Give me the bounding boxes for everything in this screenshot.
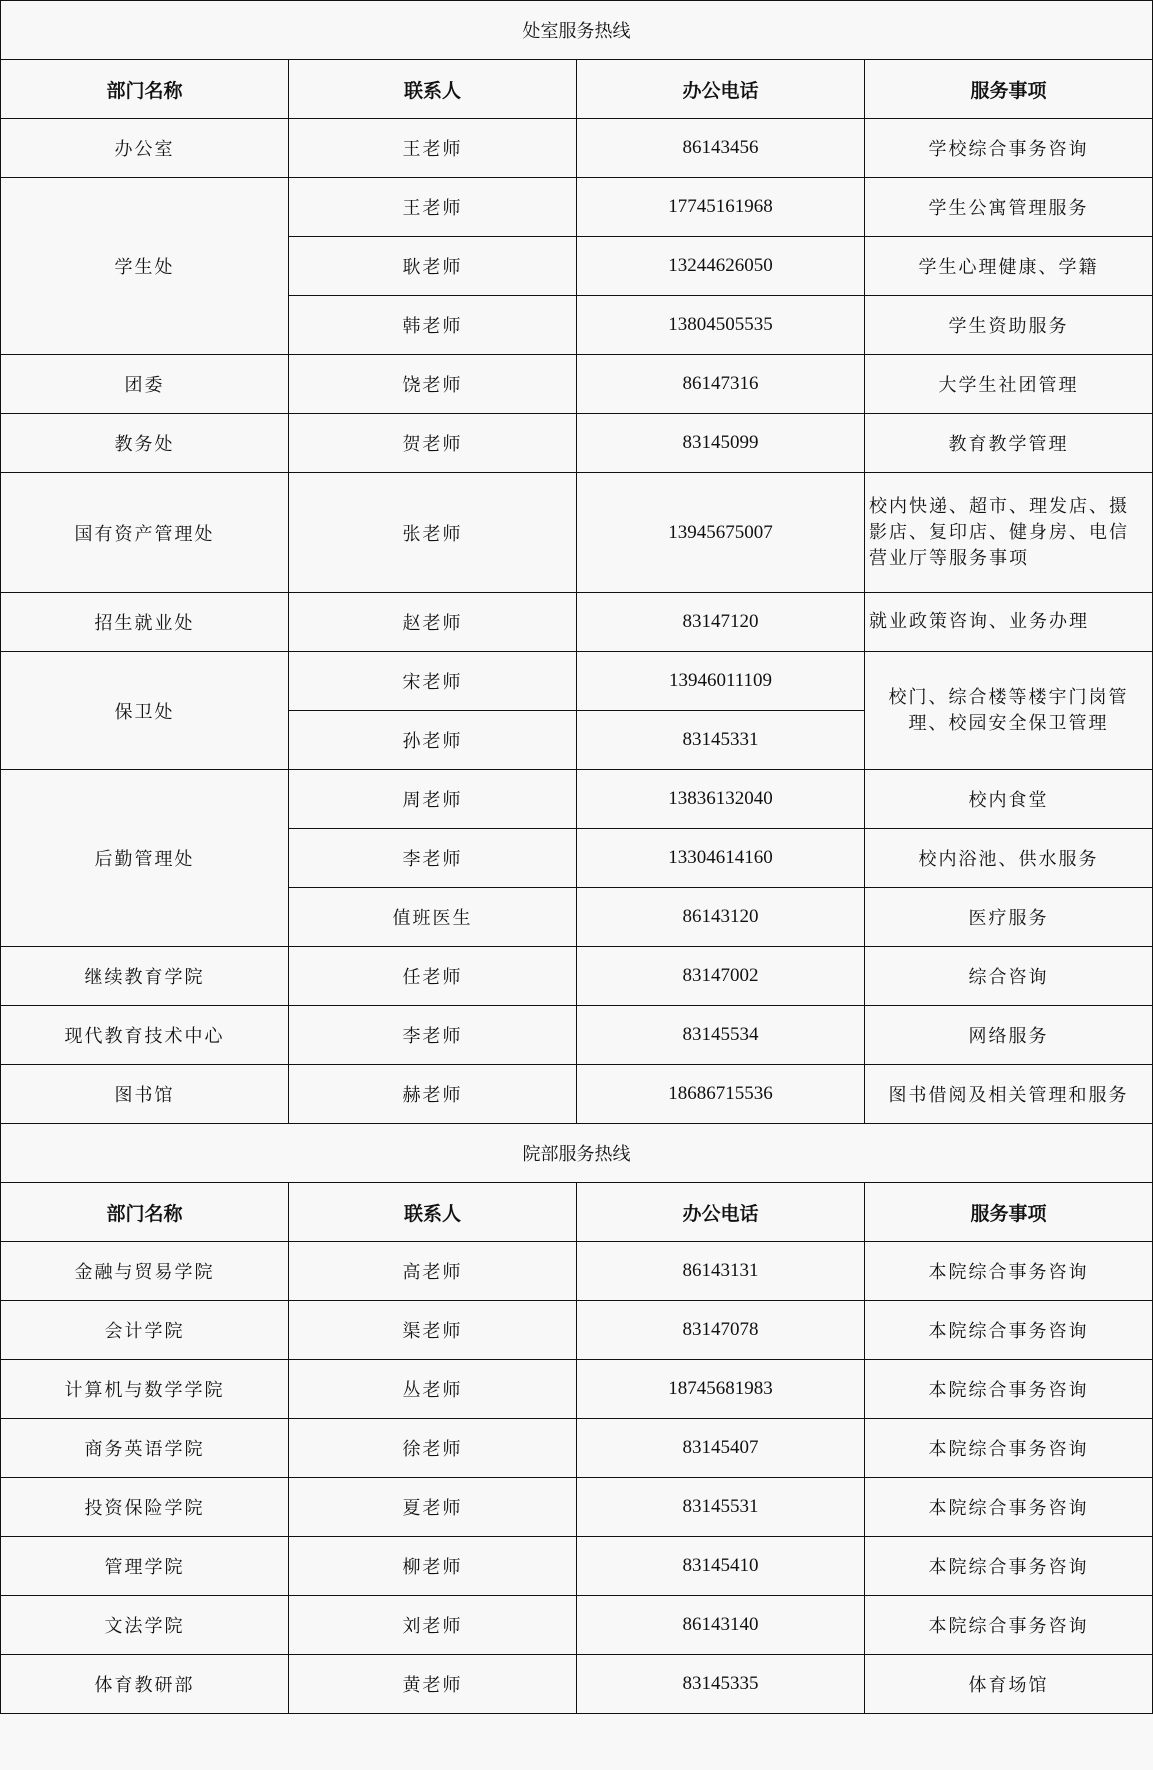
service-cell: 校内食堂: [865, 770, 1153, 829]
service-cell: 教育教学管理: [865, 414, 1153, 473]
service-cell: 本院综合事务咨询: [865, 1537, 1153, 1596]
phone-cell: 18745681983: [577, 1360, 865, 1419]
phone-cell: 86147316: [577, 355, 865, 414]
phone-cell: 83145534: [577, 1006, 865, 1065]
service-cell: 本院综合事务咨询: [865, 1596, 1153, 1655]
contact-cell: 刘老师: [289, 1596, 577, 1655]
header-dept: 部门名称: [1, 1183, 289, 1242]
phone-cell: 13836132040: [577, 770, 865, 829]
phone-cell: 86143120: [577, 888, 865, 947]
college-section-title: 院部服务热线: [1, 1124, 1153, 1183]
dept-cell: 商务英语学院: [1, 1419, 289, 1478]
contact-cell: 渠老师: [289, 1301, 577, 1360]
dept-cell: 教务处: [1, 414, 289, 473]
table-row: 管理学院 柳老师 83145410 本院综合事务咨询: [1, 1537, 1153, 1596]
table-row: 体育教研部 黄老师 83145335 体育场馆: [1, 1655, 1153, 1714]
service-cell: 综合咨询: [865, 947, 1153, 1006]
contact-cell: 值班医生: [289, 888, 577, 947]
service-cell: 体育场馆: [865, 1655, 1153, 1714]
phone-cell: 13244626050: [577, 237, 865, 296]
service-cell: 大学生社团管理: [865, 355, 1153, 414]
service-cell: 学生资助服务: [865, 296, 1153, 355]
header-row: 部门名称 联系人 办公电话 服务事项: [1, 60, 1153, 119]
contact-cell: 贺老师: [289, 414, 577, 473]
header-phone: 办公电话: [577, 60, 865, 119]
section-title-row: 处室服务热线: [1, 1, 1153, 60]
phone-cell: 86143456: [577, 119, 865, 178]
contact-cell: 周老师: [289, 770, 577, 829]
phone-cell: 86143140: [577, 1596, 865, 1655]
dept-cell: 图书馆: [1, 1065, 289, 1124]
service-cell: 本院综合事务咨询: [865, 1242, 1153, 1301]
table-row: 图书馆 赫老师 18686715536 图书借阅及相关管理和服务: [1, 1065, 1153, 1124]
contact-cell: 韩老师: [289, 296, 577, 355]
contact-cell: 王老师: [289, 178, 577, 237]
service-cell: 医疗服务: [865, 888, 1153, 947]
contact-cell: 张老师: [289, 473, 577, 593]
phone-cell: 17745161968: [577, 178, 865, 237]
phone-cell: 13945675007: [577, 473, 865, 593]
service-cell: 学生心理健康、学籍: [865, 237, 1153, 296]
contact-cell: 柳老师: [289, 1537, 577, 1596]
dept-cell: 管理学院: [1, 1537, 289, 1596]
dept-cell: 继续教育学院: [1, 947, 289, 1006]
section-title-row: 院部服务热线: [1, 1124, 1153, 1183]
table-row: 后勤管理处 周老师 13836132040 校内食堂: [1, 770, 1153, 829]
table-row: 学生处 王老师 17745161968 学生公寓管理服务: [1, 178, 1153, 237]
hotline-table: 处室服务热线 部门名称 联系人 办公电话 服务事项 办公室 王老师 861434…: [0, 0, 1153, 1714]
phone-cell: 83145531: [577, 1478, 865, 1537]
dept-cell: 会计学院: [1, 1301, 289, 1360]
contact-cell: 任老师: [289, 947, 577, 1006]
contact-cell: 孙老师: [289, 711, 577, 770]
dept-cell: 保卫处: [1, 652, 289, 770]
phone-cell: 13804505535: [577, 296, 865, 355]
service-cell: 本院综合事务咨询: [865, 1301, 1153, 1360]
table-row: 投资保险学院 夏老师 83145531 本院综合事务咨询: [1, 1478, 1153, 1537]
dept-cell: 体育教研部: [1, 1655, 289, 1714]
contact-cell: 耿老师: [289, 237, 577, 296]
service-cell: 本院综合事务咨询: [865, 1478, 1153, 1537]
service-cell: 校内浴池、供水服务: [865, 829, 1153, 888]
phone-cell: 83145335: [577, 1655, 865, 1714]
dept-cell: 学生处: [1, 178, 289, 355]
service-cell: 学校综合事务咨询: [865, 119, 1153, 178]
contact-cell: 徐老师: [289, 1419, 577, 1478]
table-row: 保卫处 宋老师 13946011109 校门、综合楼等楼宇门岗管理、校园安全保卫…: [1, 652, 1153, 711]
table-row: 继续教育学院 任老师 83147002 综合咨询: [1, 947, 1153, 1006]
phone-cell: 83147002: [577, 947, 865, 1006]
table-row: 招生就业处 赵老师 83147120 就业政策咨询、业务办理: [1, 593, 1153, 652]
contact-cell: 李老师: [289, 1006, 577, 1065]
office-section-title: 处室服务热线: [1, 1, 1153, 60]
service-cell: 本院综合事务咨询: [865, 1360, 1153, 1419]
table-row: 计算机与数学学院 丛老师 18745681983 本院综合事务咨询: [1, 1360, 1153, 1419]
dept-cell: 计算机与数学学院: [1, 1360, 289, 1419]
header-service: 服务事项: [865, 60, 1153, 119]
phone-cell: 83145410: [577, 1537, 865, 1596]
header-contact: 联系人: [289, 60, 577, 119]
table-row: 办公室 王老师 86143456 学校综合事务咨询: [1, 119, 1153, 178]
contact-cell: 高老师: [289, 1242, 577, 1301]
header-dept: 部门名称: [1, 60, 289, 119]
dept-cell: 团委: [1, 355, 289, 414]
dept-cell: 招生就业处: [1, 593, 289, 652]
contact-cell: 宋老师: [289, 652, 577, 711]
table-row: 国有资产管理处 张老师 13945675007 校内快递、超市、理发店、摄影店、…: [1, 473, 1153, 593]
phone-cell: 13304614160: [577, 829, 865, 888]
header-service: 服务事项: [865, 1183, 1153, 1242]
service-cell: 学生公寓管理服务: [865, 178, 1153, 237]
service-cell: 本院综合事务咨询: [865, 1419, 1153, 1478]
header-phone: 办公电话: [577, 1183, 865, 1242]
dept-cell: 投资保险学院: [1, 1478, 289, 1537]
phone-cell: 86143131: [577, 1242, 865, 1301]
contact-cell: 赵老师: [289, 593, 577, 652]
service-cell: 就业政策咨询、业务办理: [865, 593, 1153, 652]
table-row: 文法学院 刘老师 86143140 本院综合事务咨询: [1, 1596, 1153, 1655]
service-cell: 图书借阅及相关管理和服务: [865, 1065, 1153, 1124]
table-row: 现代教育技术中心 李老师 83145534 网络服务: [1, 1006, 1153, 1065]
contact-cell: 李老师: [289, 829, 577, 888]
dept-cell: 后勤管理处: [1, 770, 289, 947]
header-contact: 联系人: [289, 1183, 577, 1242]
dept-cell: 现代教育技术中心: [1, 1006, 289, 1065]
table-row: 金融与贸易学院 高老师 86143131 本院综合事务咨询: [1, 1242, 1153, 1301]
phone-cell: 13946011109: [577, 652, 865, 711]
dept-cell: 金融与贸易学院: [1, 1242, 289, 1301]
contact-cell: 黄老师: [289, 1655, 577, 1714]
header-row: 部门名称 联系人 办公电话 服务事项: [1, 1183, 1153, 1242]
phone-cell: 18686715536: [577, 1065, 865, 1124]
table-row: 商务英语学院 徐老师 83145407 本院综合事务咨询: [1, 1419, 1153, 1478]
table-row: 教务处 贺老师 83145099 教育教学管理: [1, 414, 1153, 473]
contact-cell: 丛老师: [289, 1360, 577, 1419]
phone-cell: 83147078: [577, 1301, 865, 1360]
phone-cell: 83147120: [577, 593, 865, 652]
service-cell: 校内快递、超市、理发店、摄影店、复印店、健身房、电信营业厅等服务事项: [865, 473, 1153, 593]
service-cell: 校门、综合楼等楼宇门岗管理、校园安全保卫管理: [865, 652, 1153, 770]
dept-cell: 文法学院: [1, 1596, 289, 1655]
phone-cell: 83145331: [577, 711, 865, 770]
dept-cell: 国有资产管理处: [1, 473, 289, 593]
contact-cell: 王老师: [289, 119, 577, 178]
table-row: 团委 饶老师 86147316 大学生社团管理: [1, 355, 1153, 414]
contact-cell: 赫老师: [289, 1065, 577, 1124]
table-row: 会计学院 渠老师 83147078 本院综合事务咨询: [1, 1301, 1153, 1360]
service-cell: 网络服务: [865, 1006, 1153, 1065]
contact-cell: 夏老师: [289, 1478, 577, 1537]
phone-cell: 83145407: [577, 1419, 865, 1478]
dept-cell: 办公室: [1, 119, 289, 178]
contact-cell: 饶老师: [289, 355, 577, 414]
phone-cell: 83145099: [577, 414, 865, 473]
